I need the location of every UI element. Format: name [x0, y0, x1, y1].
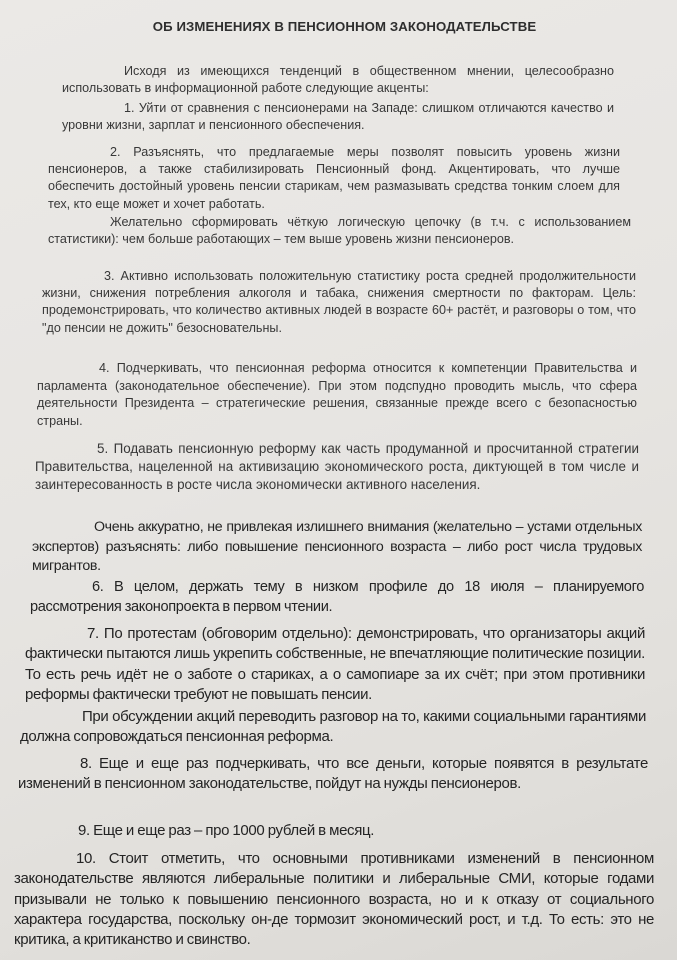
- paragraph-item-3: 3. Активно использовать положительную ст…: [42, 268, 636, 337]
- paragraph-item-9: 9. Еще и еще раз – про 1000 рублей в мес…: [16, 821, 650, 841]
- document-page: ОБ ИЗМЕНЕНИЯХ В ПЕНСИОННОМ ЗАКОНОДАТЕЛЬС…: [0, 0, 677, 960]
- paragraph-item-7: 7. По протестам (обговорим отдельно): де…: [25, 624, 645, 705]
- document-title: ОБ ИЗМЕНЕНИЯХ В ПЕНСИОННОМ ЗАКОНОДАТЕЛЬС…: [6, 19, 677, 34]
- paragraph-note-5: Очень аккуратно, не привлекая излишнего …: [32, 518, 642, 577]
- paragraph-item-1: 1. Уйти от сравнения с пенсионерами на З…: [62, 100, 614, 134]
- paragraph-intro: Исходя из имеющихся тенденций в обществе…: [62, 63, 614, 97]
- paragraph-note-7: При обсуждении акций переводить разговор…: [20, 707, 646, 748]
- paragraph-item-2: 2. Разъяснять, что предлагаемые меры поз…: [48, 144, 620, 213]
- paragraph-item-4: 4. Подчеркивать, что пенсионная реформа …: [37, 360, 637, 430]
- paragraph-item-10: 10. Стоит отметить, что основными против…: [14, 849, 654, 950]
- paragraph-item-6: 6. В целом, держать тему в низком профил…: [30, 578, 644, 617]
- paragraph-item-8: 8. Еще и еще раз подчеркивать, что все д…: [18, 754, 648, 795]
- paragraph-note-2: Желательно сформировать чёткую логическу…: [48, 214, 631, 248]
- paragraph-item-5: 5. Подавать пенсионную реформу как часть…: [35, 440, 639, 494]
